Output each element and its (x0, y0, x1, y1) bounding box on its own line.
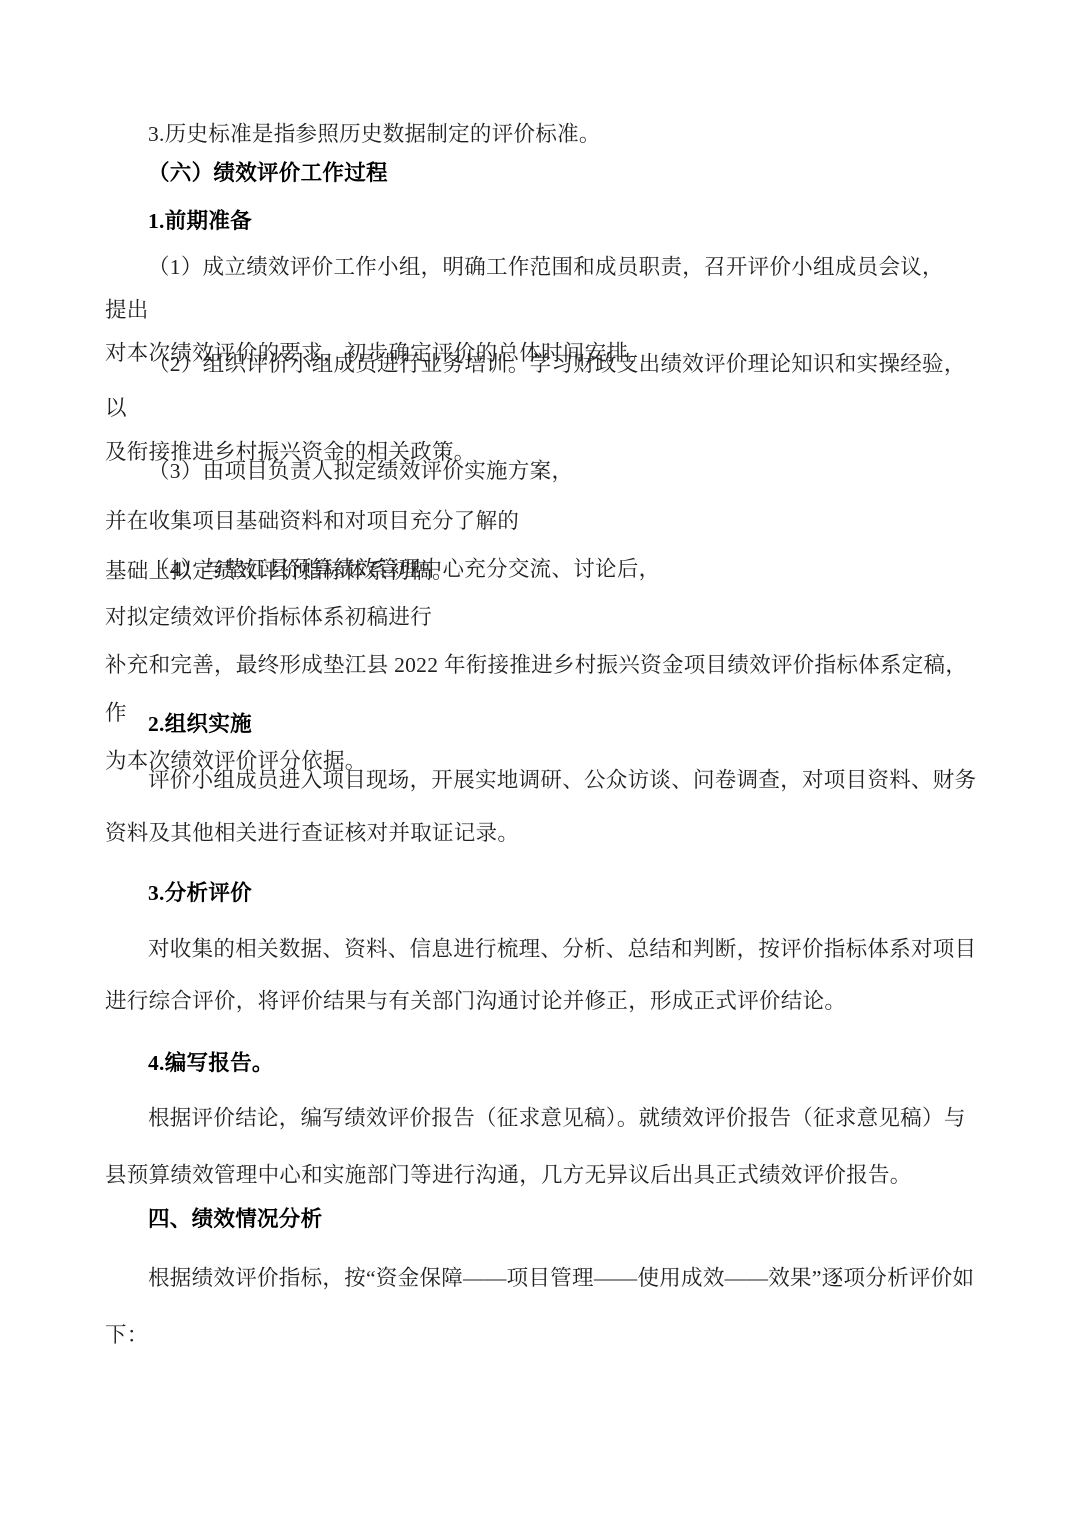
paragraph-step1-item-4: （4）与垫江县预算绩效管理中心充分交流、讨论后，对拟定绩效评价指标体系初稿进行 … (105, 545, 985, 785)
paragraph-step3-body: 对收集的相关数据、资料、信息进行梳理、分析、总结和判断，按评价指标体系对项目 进… (105, 923, 985, 1027)
paragraph-section4-intro: 根据绩效评价指标，按“资金保障——项目管理——使用成效——效果”逐项分析评价如 … (105, 1250, 985, 1364)
document-page: 3.历史标准是指参照历史数据制定的评价标准。 （六）绩效评价工作过程 1.前期准… (0, 0, 1074, 1520)
paragraph-step2-body: 评价小组成员进入项目现场，开展实地调研、公众访谈、问卷调查，对项目资料、财务 资… (105, 754, 985, 860)
heading-step-4-report-writing: 4.编写报告。 (105, 1041, 985, 1085)
paragraph-history-standard: 3.历史标准是指参照历史数据制定的评价标准。 (105, 112, 985, 156)
heading-step-2-implementation: 2.组织实施 (105, 702, 985, 746)
heading-section-6-work-process: （六）绩效评价工作过程 (105, 151, 985, 195)
heading-section-4-performance-analysis: 四、绩效情况分析 (105, 1197, 985, 1241)
heading-step-3-analysis: 3.分析评价 (105, 871, 985, 915)
heading-step-1-preparation: 1.前期准备 (105, 199, 985, 243)
paragraph-step4-body: 根据评价结论，编写绩效评价报告（征求意见稿）。就绩效评价报告（征求意见稿）与 县… (105, 1090, 985, 1204)
